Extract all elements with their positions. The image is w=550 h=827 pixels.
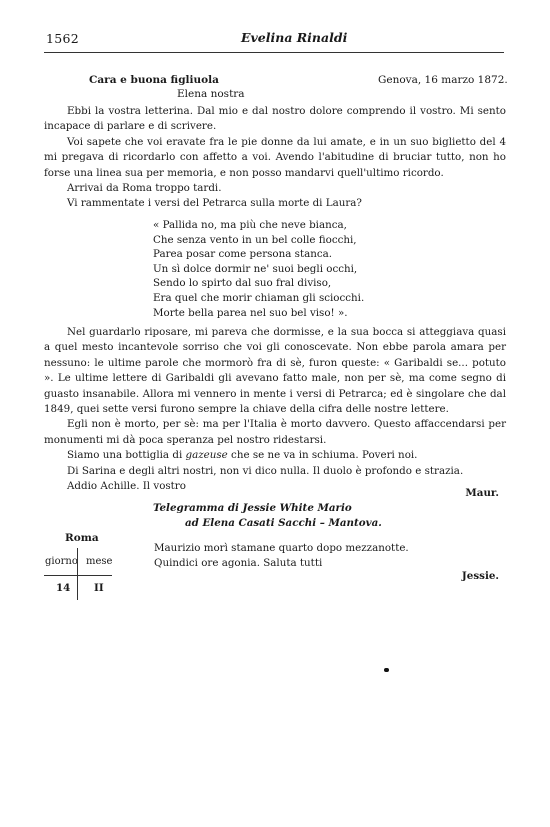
telegram-table-header-mese: mese [86, 556, 112, 567]
verse-line: Morte bella parea nel suo bel viso! ». [153, 306, 364, 321]
telegram-origin: Roma [65, 532, 99, 544]
verse-line: Era quel che morir chiaman gli sciocchi. [153, 291, 364, 306]
paragraph: Addio Achille. Il vostro [44, 479, 506, 494]
scan-speck [384, 668, 389, 672]
running-head-title: Evelina Rinaldi [241, 30, 347, 45]
paragraph: Ebbi la vostra letterina. Dal mio e dal … [44, 104, 506, 135]
verse-line: Sendo lo spirto dal suo fral diviso, [153, 276, 364, 291]
telegram-line: Quindici ore agonia. Saluta tutti [154, 556, 409, 571]
telegram-recipient: ad Elena Casati Sacchi – Mantova. [185, 517, 382, 529]
paragraph: Vi rammentate i versi del Petrarca sulla… [44, 196, 506, 211]
telegram-table-header-giorno: giorno [45, 556, 78, 567]
telegram-table-value-mese: II [94, 582, 104, 594]
paragraph: Arrivai da Roma troppo tardi. [44, 181, 506, 196]
telegram-title: Telegramma di Jessie White Mario [153, 502, 352, 514]
verse-line: Parea posar come persona stanca. [153, 247, 364, 262]
letter-body-intro: Ebbi la vostra letterina. Dal mio e dal … [44, 104, 506, 212]
telegram-signature: Jessie. [462, 570, 499, 582]
paragraph-gazeuse: Siamo una bottiglia di gazeuse che se ne… [44, 448, 506, 463]
paragraph: Nel guardarlo riposare, mi pareva che do… [44, 325, 506, 417]
telegram-table-value-giorno: 14 [56, 582, 70, 594]
letter-body-continued: Nel guardarlo riposare, mi pareva che do… [44, 325, 506, 494]
verse-line: Un sì dolce dormir ne' suoi begli occhi, [153, 262, 364, 277]
italic-word: gazeuse [186, 449, 228, 461]
text-span: che se ne va in schiuma. Poveri noi. [228, 449, 418, 461]
verse-line: Che senza vento in un bel colle fiocchi, [153, 233, 364, 248]
paragraph: Egli non è morto, per sè: ma per l'Itali… [44, 417, 506, 448]
header-rule [44, 52, 504, 53]
letter-salutation: Cara e buona figliuola [89, 74, 219, 86]
letter-dateline: Genova, 16 marzo 1872. [378, 74, 508, 86]
page-number: 1562 [46, 31, 79, 46]
petrarca-verse: « Pallida no, ma più che neve bianca, Ch… [153, 218, 364, 320]
telegram-table-hline [44, 575, 112, 576]
telegram-table-vline [77, 548, 78, 600]
paragraph: Voi sapete che voi eravate fra le pie do… [44, 135, 506, 181]
telegram-text: Maurizio morì stamane quarto dopo mezzan… [154, 541, 409, 571]
document-page: 1562 Evelina Rinaldi Cara e buona figliu… [0, 0, 550, 827]
paragraph: Di Sarina e degli altri nostri, non vi d… [44, 464, 506, 479]
verse-line: « Pallida no, ma più che neve bianca, [153, 218, 364, 233]
letter-salutation-addressee: Elena nostra [177, 88, 245, 100]
telegram-line: Maurizio morì stamane quarto dopo mezzan… [154, 541, 409, 556]
text-span: Siamo una bottiglia di [67, 449, 186, 461]
letter-signature: Maur. [465, 487, 499, 499]
